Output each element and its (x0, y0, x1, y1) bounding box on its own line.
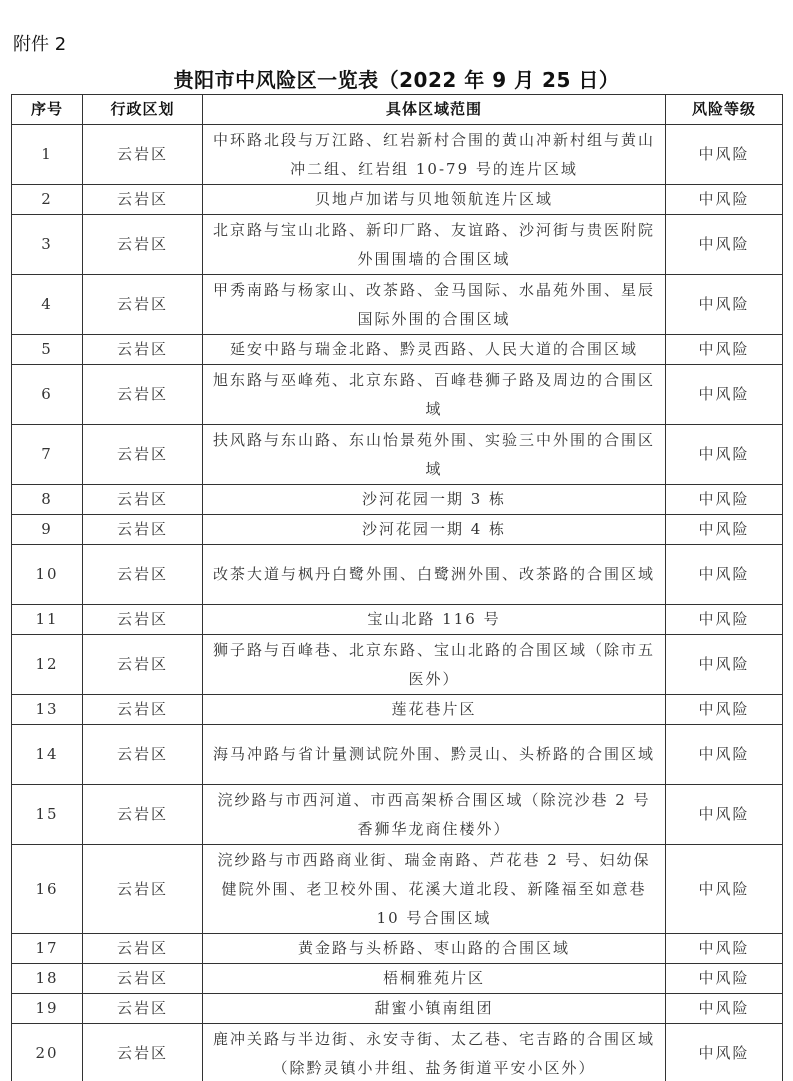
cell-risk-level: 中风险 (666, 785, 783, 845)
table-row: 11 云岩区 宝山北路 116 号 中风险 (12, 605, 783, 635)
cell-serial-number: 4 (12, 275, 83, 335)
cell-area-scope: 旭东路与巫峰苑、北京东路、百峰巷狮子路及周边的合围区域 (203, 365, 666, 425)
cell-district: 云岩区 (83, 635, 203, 695)
medium-risk-area-table: 序号 行政区划 具体区域范围 风险等级 1 云岩区 中环路北段与万江路、红岩新村… (11, 94, 783, 1081)
cell-risk-level: 中风险 (666, 425, 783, 485)
table-row: 19 云岩区 甜蜜小镇南组团 中风险 (12, 994, 783, 1024)
cell-area-scope: 改茶大道与枫丹白鹭外围、白鹭洲外围、改茶路的合围区域 (203, 545, 666, 605)
cell-serial-number: 15 (12, 785, 83, 845)
cell-district: 云岩区 (83, 275, 203, 335)
cell-area-scope: 沙河花园一期 3 栋 (203, 485, 666, 515)
cell-area-scope: 沙河花园一期 4 栋 (203, 515, 666, 545)
table-row: 8 云岩区 沙河花园一期 3 栋 中风险 (12, 485, 783, 515)
cell-risk-level: 中风险 (666, 215, 783, 275)
table-row: 20 云岩区 鹿冲关路与半边街、永安寺街、太乙巷、宅吉路的合围区域（除黔灵镇小井… (12, 1024, 783, 1081)
table-row: 5 云岩区 延安中路与瑞金北路、黔灵西路、人民大道的合围区域 中风险 (12, 335, 783, 365)
cell-district: 云岩区 (83, 964, 203, 994)
cell-serial-number: 18 (12, 964, 83, 994)
cell-area-scope: 狮子路与百峰巷、北京东路、宝山北路的合围区域（除市五医外） (203, 635, 666, 695)
cell-risk-level: 中风险 (666, 185, 783, 215)
cell-risk-level: 中风险 (666, 934, 783, 964)
cell-area-scope: 海马冲路与省计量测试院外围、黔灵山、头桥路的合围区域 (203, 725, 666, 785)
table-row: 1 云岩区 中环路北段与万江路、红岩新村合围的黄山冲新村组与黄山冲二组、红岩组 … (12, 125, 783, 185)
cell-area-scope: 贝地卢加诺与贝地领航连片区域 (203, 185, 666, 215)
table-body: 1 云岩区 中环路北段与万江路、红岩新村合围的黄山冲新村组与黄山冲二组、红岩组 … (12, 125, 783, 1081)
cell-risk-level: 中风险 (666, 485, 783, 515)
cell-district: 云岩区 (83, 425, 203, 485)
cell-district: 云岩区 (83, 934, 203, 964)
cell-district: 云岩区 (83, 185, 203, 215)
table-row: 3 云岩区 北京路与宝山北路、新印厂路、友谊路、沙河街与贵医附院外围围墙的合围区… (12, 215, 783, 275)
attachment-label: 附件 2 (13, 30, 66, 56)
document-title: 贵阳市中风险区一览表（2022 年 9 月 25 日） (0, 64, 793, 93)
cell-area-scope: 甜蜜小镇南组团 (203, 994, 666, 1024)
cell-risk-level: 中风险 (666, 845, 783, 934)
cell-area-scope: 鹿冲关路与半边街、永安寺街、太乙巷、宅吉路的合围区域（除黔灵镇小井组、盐务街道平… (203, 1024, 666, 1081)
cell-area-scope: 扶风路与东山路、东山怡景苑外围、实验三中外围的合围区域 (203, 425, 666, 485)
cell-district: 云岩区 (83, 365, 203, 425)
cell-risk-level: 中风险 (666, 515, 783, 545)
cell-district: 云岩区 (83, 485, 203, 515)
table-row: 14 云岩区 海马冲路与省计量测试院外围、黔灵山、头桥路的合围区域 中风险 (12, 725, 783, 785)
cell-serial-number: 6 (12, 365, 83, 425)
table-row: 18 云岩区 梧桐雅苑片区 中风险 (12, 964, 783, 994)
table-row: 2 云岩区 贝地卢加诺与贝地领航连片区域 中风险 (12, 185, 783, 215)
cell-risk-level: 中风险 (666, 365, 783, 425)
cell-risk-level: 中风险 (666, 335, 783, 365)
cell-serial-number: 8 (12, 485, 83, 515)
table-row: 13 云岩区 莲花巷片区 中风险 (12, 695, 783, 725)
cell-area-scope: 延安中路与瑞金北路、黔灵西路、人民大道的合围区域 (203, 335, 666, 365)
cell-district: 云岩区 (83, 545, 203, 605)
header-risk-level: 风险等级 (666, 95, 783, 125)
table-row: 7 云岩区 扶风路与东山路、东山怡景苑外围、实验三中外围的合围区域 中风险 (12, 425, 783, 485)
header-area-scope: 具体区域范围 (203, 95, 666, 125)
cell-area-scope: 黄金路与头桥路、枣山路的合围区域 (203, 934, 666, 964)
cell-district: 云岩区 (83, 725, 203, 785)
cell-area-scope: 中环路北段与万江路、红岩新村合围的黄山冲新村组与黄山冲二组、红岩组 10-79 … (203, 125, 666, 185)
header-serial-number: 序号 (12, 95, 83, 125)
cell-area-scope: 莲花巷片区 (203, 695, 666, 725)
cell-serial-number: 13 (12, 695, 83, 725)
cell-area-scope: 北京路与宝山北路、新印厂路、友谊路、沙河街与贵医附院外围围墙的合围区域 (203, 215, 666, 275)
table-row: 9 云岩区 沙河花园一期 4 栋 中风险 (12, 515, 783, 545)
cell-risk-level: 中风险 (666, 605, 783, 635)
cell-risk-level: 中风险 (666, 275, 783, 335)
table-row: 12 云岩区 狮子路与百峰巷、北京东路、宝山北路的合围区域（除市五医外） 中风险 (12, 635, 783, 695)
cell-serial-number: 2 (12, 185, 83, 215)
cell-serial-number: 19 (12, 994, 83, 1024)
cell-district: 云岩区 (83, 335, 203, 365)
cell-district: 云岩区 (83, 845, 203, 934)
cell-risk-level: 中风险 (666, 964, 783, 994)
table-header-row: 序号 行政区划 具体区域范围 风险等级 (12, 95, 783, 125)
cell-district: 云岩区 (83, 785, 203, 845)
cell-serial-number: 14 (12, 725, 83, 785)
cell-risk-level: 中风险 (666, 725, 783, 785)
cell-risk-level: 中风险 (666, 635, 783, 695)
cell-district: 云岩区 (83, 515, 203, 545)
cell-risk-level: 中风险 (666, 545, 783, 605)
table-row: 17 云岩区 黄金路与头桥路、枣山路的合围区域 中风险 (12, 934, 783, 964)
cell-district: 云岩区 (83, 695, 203, 725)
table-row: 16 云岩区 浣纱路与市西路商业街、瑞金南路、芦花巷 2 号、妇幼保健院外围、老… (12, 845, 783, 934)
cell-area-scope: 甲秀南路与杨家山、改茶路、金马国际、水晶苑外围、星辰国际外围的合围区域 (203, 275, 666, 335)
table-row: 10 云岩区 改茶大道与枫丹白鹭外围、白鹭洲外围、改茶路的合围区域 中风险 (12, 545, 783, 605)
cell-serial-number: 20 (12, 1024, 83, 1081)
cell-serial-number: 17 (12, 934, 83, 964)
table-row: 6 云岩区 旭东路与巫峰苑、北京东路、百峰巷狮子路及周边的合围区域 中风险 (12, 365, 783, 425)
header-district: 行政区划 (83, 95, 203, 125)
cell-district: 云岩区 (83, 125, 203, 185)
cell-serial-number: 1 (12, 125, 83, 185)
cell-area-scope: 浣纱路与市西河道、市西高架桥合围区域（除浣沙巷 2 号香狮华龙商住楼外） (203, 785, 666, 845)
cell-district: 云岩区 (83, 215, 203, 275)
cell-risk-level: 中风险 (666, 994, 783, 1024)
cell-serial-number: 11 (12, 605, 83, 635)
cell-serial-number: 3 (12, 215, 83, 275)
cell-serial-number: 16 (12, 845, 83, 934)
cell-area-scope: 梧桐雅苑片区 (203, 964, 666, 994)
cell-risk-level: 中风险 (666, 695, 783, 725)
cell-district: 云岩区 (83, 605, 203, 635)
table-row: 15 云岩区 浣纱路与市西河道、市西高架桥合围区域（除浣沙巷 2 号香狮华龙商住… (12, 785, 783, 845)
cell-serial-number: 9 (12, 515, 83, 545)
cell-area-scope: 浣纱路与市西路商业街、瑞金南路、芦花巷 2 号、妇幼保健院外围、老卫校外围、花溪… (203, 845, 666, 934)
cell-serial-number: 5 (12, 335, 83, 365)
cell-risk-level: 中风险 (666, 125, 783, 185)
cell-area-scope: 宝山北路 116 号 (203, 605, 666, 635)
cell-district: 云岩区 (83, 1024, 203, 1081)
cell-district: 云岩区 (83, 994, 203, 1024)
cell-serial-number: 10 (12, 545, 83, 605)
cell-serial-number: 12 (12, 635, 83, 695)
table-row: 4 云岩区 甲秀南路与杨家山、改茶路、金马国际、水晶苑外围、星辰国际外围的合围区… (12, 275, 783, 335)
cell-serial-number: 7 (12, 425, 83, 485)
cell-risk-level: 中风险 (666, 1024, 783, 1081)
